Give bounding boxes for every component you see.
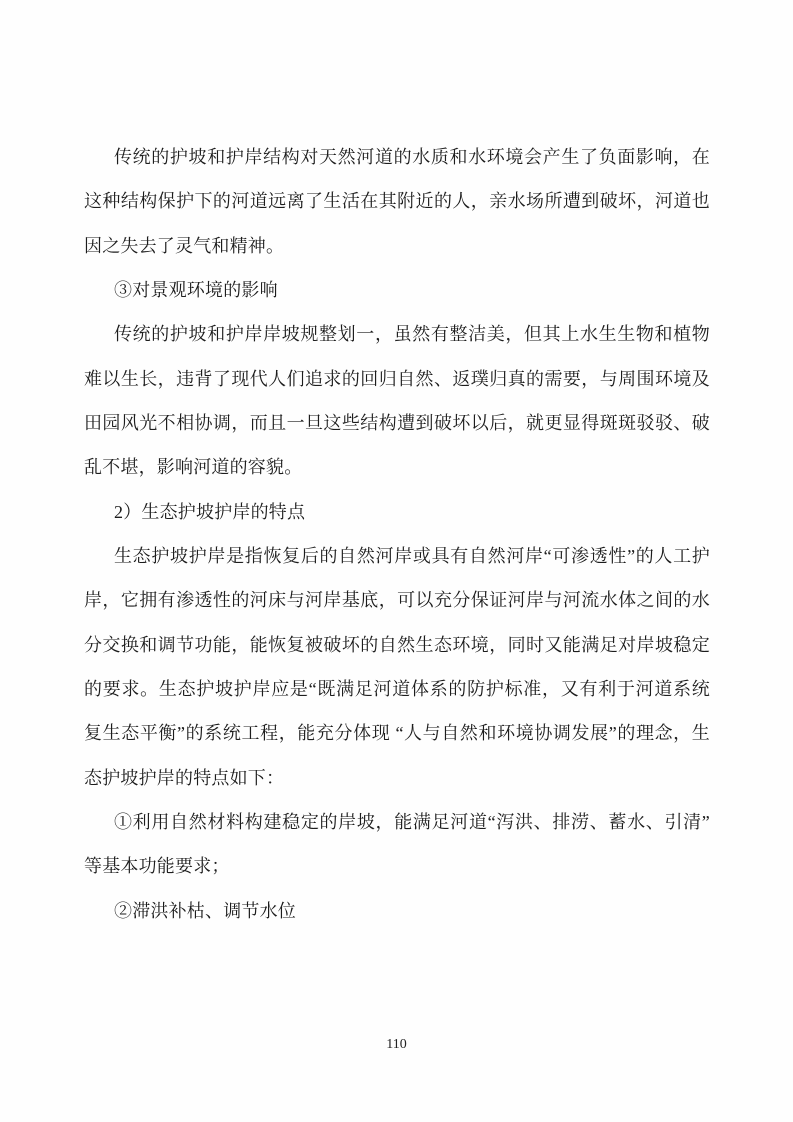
text-line: ①利用自然材料构建稳定的岸坡，能满足河道“泻洪、排涝、蓄水、引清”	[84, 800, 710, 844]
text-line: 分交换和调节功能，能恢复被破坏的自然生态环境，同时又能满足对岸坡稳定	[84, 623, 710, 667]
heading-line: 2）生态护坡护岸的特点	[84, 490, 710, 534]
text-line: 田园风光不相协调，而且一旦这些结构遭到破坏以后，就更显得斑斑驳驳、破	[84, 401, 710, 445]
text-line: 的要求。生态护坡护岸应是“既满足河道体系的防护标准，又有利于河道系统恢	[84, 667, 710, 711]
text-line: 这种结构保护下的河道远离了生活在其附近的人，亲水场所遭到破坏，河道也	[84, 179, 710, 223]
text-line: 等基本功能要求；	[84, 844, 710, 888]
heading-landscape-impact: ③对景观环境的影响	[84, 268, 710, 312]
list-item-natural-materials: ①利用自然材料构建稳定的岸坡，能满足河道“泻洪、排涝、蓄水、引清” 等基本功能要…	[84, 800, 710, 889]
text-line: 复生态平衡”的系统工程，能充分体现 “人与自然和环境协调发展”的理念，生	[84, 711, 710, 755]
text-line: 生态护坡护岸是指恢复后的自然河岸或具有自然河岸“可渗透性”的人工护	[84, 534, 710, 578]
heading-eco-revetment-features: 2）生态护坡护岸的特点	[84, 490, 710, 534]
text-line: ②滞洪补枯、调节水位	[84, 889, 710, 933]
paragraph-traditional-impact: 传统的护坡和护岸结构对天然河道的水质和水环境会产生了负面影响，在 这种结构保护下…	[84, 135, 710, 268]
text-line: 岸，它拥有渗透性的河床与河岸基底，可以充分保证河岸与河流水体之间的水	[84, 578, 710, 622]
document-body: 传统的护坡和护岸结构对天然河道的水质和水环境会产生了负面影响，在 这种结构保护下…	[84, 135, 710, 933]
document-page: 传统的护坡和护岸结构对天然河道的水质和水环境会产生了负面影响，在 这种结构保护下…	[0, 0, 793, 1122]
paragraph-eco-revetment-definition: 生态护坡护岸是指恢复后的自然河岸或具有自然河岸“可渗透性”的人工护 岸，它拥有渗…	[84, 534, 710, 800]
list-item-flood-regulation: ②滞洪补枯、调节水位	[84, 889, 710, 933]
text-line: 乱不堪，影响河道的容貌。	[84, 445, 710, 489]
text-line: 传统的护坡和护岸岸坡规整划一，虽然有整洁美，但其上水生生物和植物	[84, 312, 710, 356]
heading-line: ③对景观环境的影响	[84, 268, 710, 312]
paragraph-landscape-detail: 传统的护坡和护岸岸坡规整划一，虽然有整洁美，但其上水生生物和植物 难以生长，违背…	[84, 312, 710, 489]
text-line: 难以生长，违背了现代人们追求的回归自然、返璞归真的需要，与周围环境及	[84, 357, 710, 401]
text-line: 态护坡护岸的特点如下：	[84, 756, 710, 800]
page-number: 110	[0, 1036, 793, 1054]
text-line: 传统的护坡和护岸结构对天然河道的水质和水环境会产生了负面影响，在	[84, 135, 710, 179]
text-line: 因之失去了灵气和精神。	[84, 224, 710, 268]
